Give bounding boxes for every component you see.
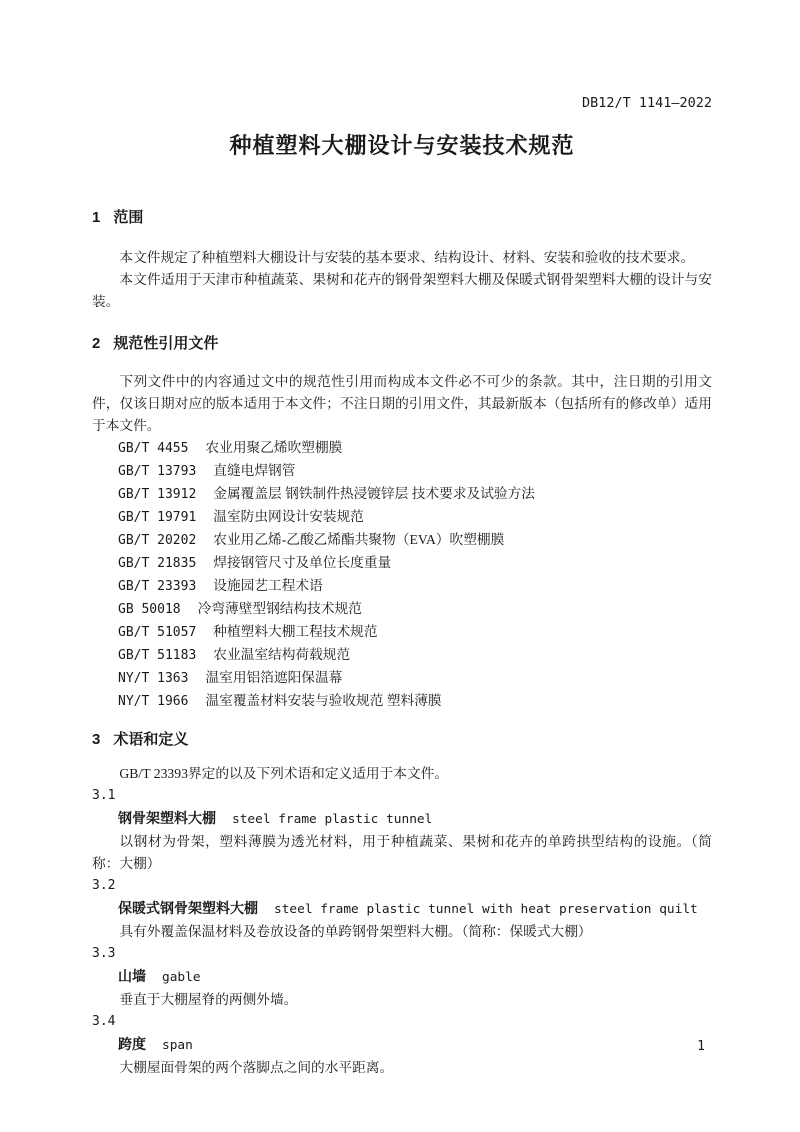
- section-heading-terms: 3术语和定义: [92, 729, 712, 751]
- reference-code: GB/T 51057: [118, 625, 196, 640]
- reference-title: 焊接钢管尺寸及单位长度重量: [213, 555, 391, 570]
- reference-code: GB/T 51183: [118, 648, 196, 663]
- reference-title: 直缝电焊钢管: [213, 463, 295, 478]
- term-name-en: span: [162, 1038, 193, 1053]
- reference-title: 温室用铝箔遮阳保温幕: [205, 670, 342, 685]
- reference-code: GB 50018: [118, 602, 181, 617]
- term-title: 山墙gable: [92, 965, 712, 989]
- reference-item: GB/T 20202农业用乙烯-乙酸乙烯酯共聚物（EVA）吹塑棚膜: [92, 529, 712, 552]
- section-label: 规范性引用文件: [113, 335, 218, 352]
- reference-item: GB/T 13793直缝电焊钢管: [92, 460, 712, 483]
- term-number: 3.3: [92, 943, 712, 965]
- term-name-zh: 保暖式钢骨架塑料大棚: [118, 900, 258, 916]
- document-page: DB12/T 1141—2022 种植塑料大棚设计与安装技术规范 1范围 本文件…: [0, 0, 800, 1132]
- reference-title: 温室覆盖材料安装与验收规范 塑料薄膜: [205, 693, 441, 708]
- term-definition: 大棚屋面骨架的两个落脚点之间的水平距离。: [92, 1057, 712, 1079]
- section-heading-scope: 1范围: [92, 207, 712, 229]
- reference-title: 农业温室结构荷载规范: [213, 647, 350, 662]
- section-heading-references: 2规范性引用文件: [92, 333, 712, 355]
- reference-item: GB/T 23393设施园艺工程术语: [92, 575, 712, 598]
- section-label: 范围: [113, 209, 143, 226]
- term-name-en: steel frame plastic tunnel: [232, 812, 432, 827]
- reference-item: GB/T 13912金属覆盖层 钢铁制件热浸镀锌层 技术要求及试验方法: [92, 483, 712, 506]
- term-title: 保暖式钢骨架塑料大棚steel frame plastic tunnel wit…: [92, 897, 712, 921]
- term-name-zh: 跨度: [118, 1036, 146, 1052]
- reference-title: 设施园艺工程术语: [213, 578, 323, 593]
- scope-paragraph: 本文件规定了种植塑料大棚设计与安装的基本要求、结构设计、材料、安装和验收的技术要…: [92, 247, 712, 269]
- standard-code: DB12/T 1141—2022: [92, 95, 712, 111]
- term-name-zh: 钢骨架塑料大棚: [118, 810, 216, 826]
- term-entry: 3.1 钢骨架塑料大棚steel frame plastic tunnel 以钢…: [92, 785, 712, 875]
- section-number: 3: [92, 729, 100, 751]
- term-name-en: steel frame plastic tunnel with heat pre…: [274, 902, 698, 917]
- reference-item: NY/T 1966温室覆盖材料安装与验收规范 塑料薄膜: [92, 690, 712, 713]
- section-number: 1: [92, 207, 100, 229]
- term-title: 钢骨架塑料大棚steel frame plastic tunnel: [92, 807, 712, 831]
- reference-code: GB/T 4455: [118, 441, 188, 456]
- section-label: 术语和定义: [113, 731, 188, 748]
- reference-title: 种植塑料大棚工程技术规范: [213, 624, 377, 639]
- term-number: 3.4: [92, 1011, 712, 1033]
- reference-code: GB/T 13912: [118, 487, 196, 502]
- reference-code: GB/T 19791: [118, 510, 196, 525]
- reference-item: GB/T 51183农业温室结构荷载规范: [92, 644, 712, 667]
- term-definition: 垂直于大棚屋脊的两侧外墙。: [92, 989, 712, 1011]
- reference-item: GB/T 4455农业用聚乙烯吹塑棚膜: [92, 437, 712, 460]
- reference-item: GB/T 19791温室防虫网设计安装规范: [92, 506, 712, 529]
- term-number: 3.1: [92, 785, 712, 807]
- reference-code: GB/T 20202: [118, 533, 196, 548]
- term-name-zh: 山墙: [118, 968, 146, 984]
- reference-title: 冷弯薄壁型钢结构技术规范: [198, 601, 362, 616]
- reference-code: GB/T 13793: [118, 464, 196, 479]
- term-entry: 3.2 保暖式钢骨架塑料大棚steel frame plastic tunnel…: [92, 875, 712, 943]
- terms-intro: GB/T 23393界定的以及下列术语和定义适用于本文件。: [92, 763, 712, 785]
- reference-title: 农业用聚乙烯吹塑棚膜: [205, 440, 342, 455]
- term-definition: 以钢材为骨架，塑料薄膜为透光材料，用于种植蔬菜、果树和花卉的单跨拱型结构的设施。…: [92, 831, 712, 875]
- term-title: 跨度span: [92, 1033, 712, 1057]
- section-number: 2: [92, 333, 100, 355]
- reference-title: 温室防虫网设计安装规范: [213, 509, 364, 524]
- page-number: 1: [697, 1036, 705, 1058]
- reference-code: GB/T 23393: [118, 579, 196, 594]
- reference-item: GB/T 21835焊接钢管尺寸及单位长度重量: [92, 552, 712, 575]
- reference-code: NY/T 1363: [118, 671, 188, 686]
- reference-item: GB 50018冷弯薄壁型钢结构技术规范: [92, 598, 712, 621]
- references-intro: 下列文件中的内容通过文中的规范性引用而构成本文件必不可少的条款。其中，注日期的引…: [92, 371, 712, 437]
- scope-paragraph: 本文件适用于天津市种植蔬菜、果树和花卉的钢骨架塑料大棚及保暖式钢骨架塑料大棚的设…: [92, 269, 712, 313]
- document-title: 种植塑料大棚设计与安装技术规范: [92, 131, 712, 161]
- term-definition: 具有外覆盖保温材料及卷放设备的单跨钢骨架塑料大棚。（简称：保暖式大棚）: [92, 921, 712, 943]
- reference-code: NY/T 1966: [118, 694, 188, 709]
- term-number: 3.2: [92, 875, 712, 897]
- reference-title: 农业用乙烯-乙酸乙烯酯共聚物（EVA）吹塑棚膜: [213, 532, 504, 547]
- reference-list: GB/T 4455农业用聚乙烯吹塑棚膜 GB/T 13793直缝电焊钢管 GB/…: [92, 437, 712, 713]
- reference-item: NY/T 1363温室用铝箔遮阳保温幕: [92, 667, 712, 690]
- term-entry: 3.4 跨度span 大棚屋面骨架的两个落脚点之间的水平距离。: [92, 1011, 712, 1079]
- reference-title: 金属覆盖层 钢铁制件热浸镀锌层 技术要求及试验方法: [213, 486, 535, 501]
- reference-item: GB/T 51057种植塑料大棚工程技术规范: [92, 621, 712, 644]
- term-entry: 3.3 山墙gable 垂直于大棚屋脊的两侧外墙。: [92, 943, 712, 1011]
- term-name-en: gable: [162, 970, 201, 985]
- reference-code: GB/T 21835: [118, 556, 196, 571]
